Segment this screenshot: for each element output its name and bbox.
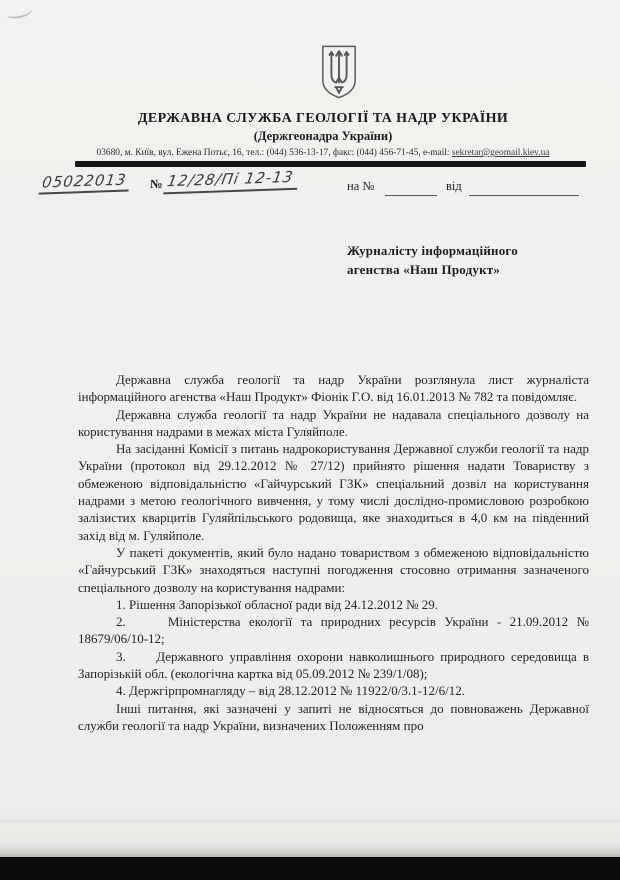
body-paragraph: 4. Держгірпромнагляду – від 28.12.2012 №…	[78, 682, 589, 699]
org-address-text: 03680, м. Київ, вул. Ежена Потьє, 16, те…	[97, 148, 452, 158]
header-divider	[75, 161, 586, 167]
body-paragraph: На засіданні Комісії з питань надрокорис…	[78, 440, 589, 544]
org-email: sekretar@geomail.kiev.ua	[452, 148, 550, 158]
handwritten-date: 05022013	[39, 170, 132, 194]
scan-artifact-bar	[0, 857, 620, 880]
org-short-name: (Держгеонадра України)	[62, 129, 584, 144]
ukraine-trident-emblem-icon	[320, 44, 358, 100]
body-paragraph: 2. Міністерства екології та природних ре…	[78, 613, 589, 648]
org-address-line: 03680, м. Київ, вул. Ежена Потьє, 16, те…	[62, 148, 584, 158]
org-name-title: ДЕРЖАВНА СЛУЖБА ГЕОЛОГІЇ ТА НАДР УКРАЇНИ	[62, 111, 584, 127]
handwritten-ref-number: 12/28/Пі 12-13	[163, 168, 301, 195]
recipient-line: Журналісту інформаційного	[347, 241, 518, 260]
body-paragraph: Державна служба геології та надр України…	[78, 406, 589, 441]
na-no-label: на №	[347, 179, 374, 194]
vid-blank-line	[469, 178, 579, 196]
body-paragraph: Інші питання, які зазначені у запиті не …	[78, 700, 589, 735]
pen-mark	[5, 3, 33, 20]
recipient-line: агенства «Наш Продукт»	[347, 260, 518, 279]
body-paragraph: Державна служба геології та надр України…	[78, 371, 589, 406]
recipient-block: Журналісту інформаційного агенства «Наш …	[347, 241, 518, 279]
vid-label: від	[446, 179, 462, 194]
letterhead: ДЕРЖАВНА СЛУЖБА ГЕОЛОГІЇ ТА НАДР УКРАЇНИ…	[62, 111, 584, 158]
body-paragraph: 3. Державного управління охорони навколи…	[78, 648, 589, 683]
scan-shadow	[0, 840, 620, 857]
body-paragraph: У пакеті документів, який було надано то…	[78, 544, 589, 596]
scan-fold-line	[0, 820, 620, 822]
na-no-blank-line	[385, 178, 437, 196]
body-paragraph: 1. Рішення Запорізької обласної ради від…	[78, 596, 589, 613]
letter-body: Державна служба геології та надр України…	[78, 371, 589, 734]
scanned-letter-page: ДЕРЖАВНА СЛУЖБА ГЕОЛОГІЇ ТА НАДР УКРАЇНИ…	[0, 0, 620, 880]
number-sign: №	[150, 177, 163, 192]
